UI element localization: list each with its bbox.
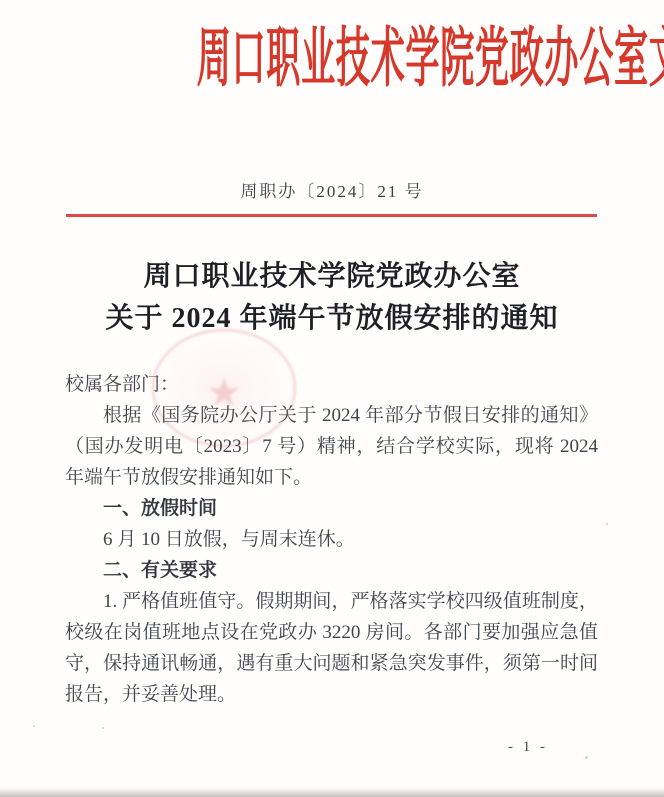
scan-edge-shadow: [0, 788, 664, 797]
doc-number: 周职办〔2024〕21 号: [0, 177, 664, 202]
scan-noise-speck: [102, 727, 104, 729]
scan-noise-speck: [585, 756, 588, 759]
notice-title-line2: 关于 2024 年端午节放假安排的通知: [0, 298, 664, 340]
scan-noise-speck: [606, 523, 608, 525]
org-title: 周口职业技术学院党政办公室文件: [197, 24, 664, 94]
paragraph-intro: 根据《国务院办公厅关于 2024 年部分节假日安排的通知》（国办发明电〔2023…: [65, 400, 598, 493]
salutation: 校属各部门：: [65, 369, 598, 400]
scan-noise-speck: [33, 725, 35, 727]
section-heading-requirements: 二、有关要求: [65, 555, 598, 586]
notice-title-line1: 周口职业技术学院党政办公室: [0, 256, 664, 298]
red-divider-line: [66, 214, 597, 217]
document-page: 周口职业技术学院党政办公室文件 周职办〔2024〕21 号 周口职业技术学院党政…: [0, 0, 664, 797]
red-header-banner: 周口职业技术学院党政办公室文件: [0, 24, 664, 89]
section-heading-holiday-time: 一、放假时间: [65, 493, 598, 524]
page-number: - 1 -: [508, 739, 548, 756]
holiday-date-text: 6 月 10 日放假，与周末连休。: [65, 524, 598, 555]
notice-title: 周口职业技术学院党政办公室 关于 2024 年端午节放假安排的通知: [0, 256, 664, 340]
document-body: 校属各部门： 根据《国务院办公厅关于 2024 年部分节假日安排的通知》（国办发…: [65, 369, 598, 710]
requirement-duty-paragraph: 1. 严格值班值守。假期期间，严格落实学校四级值班制度，校级在岗值班地点设在党政…: [65, 586, 598, 710]
